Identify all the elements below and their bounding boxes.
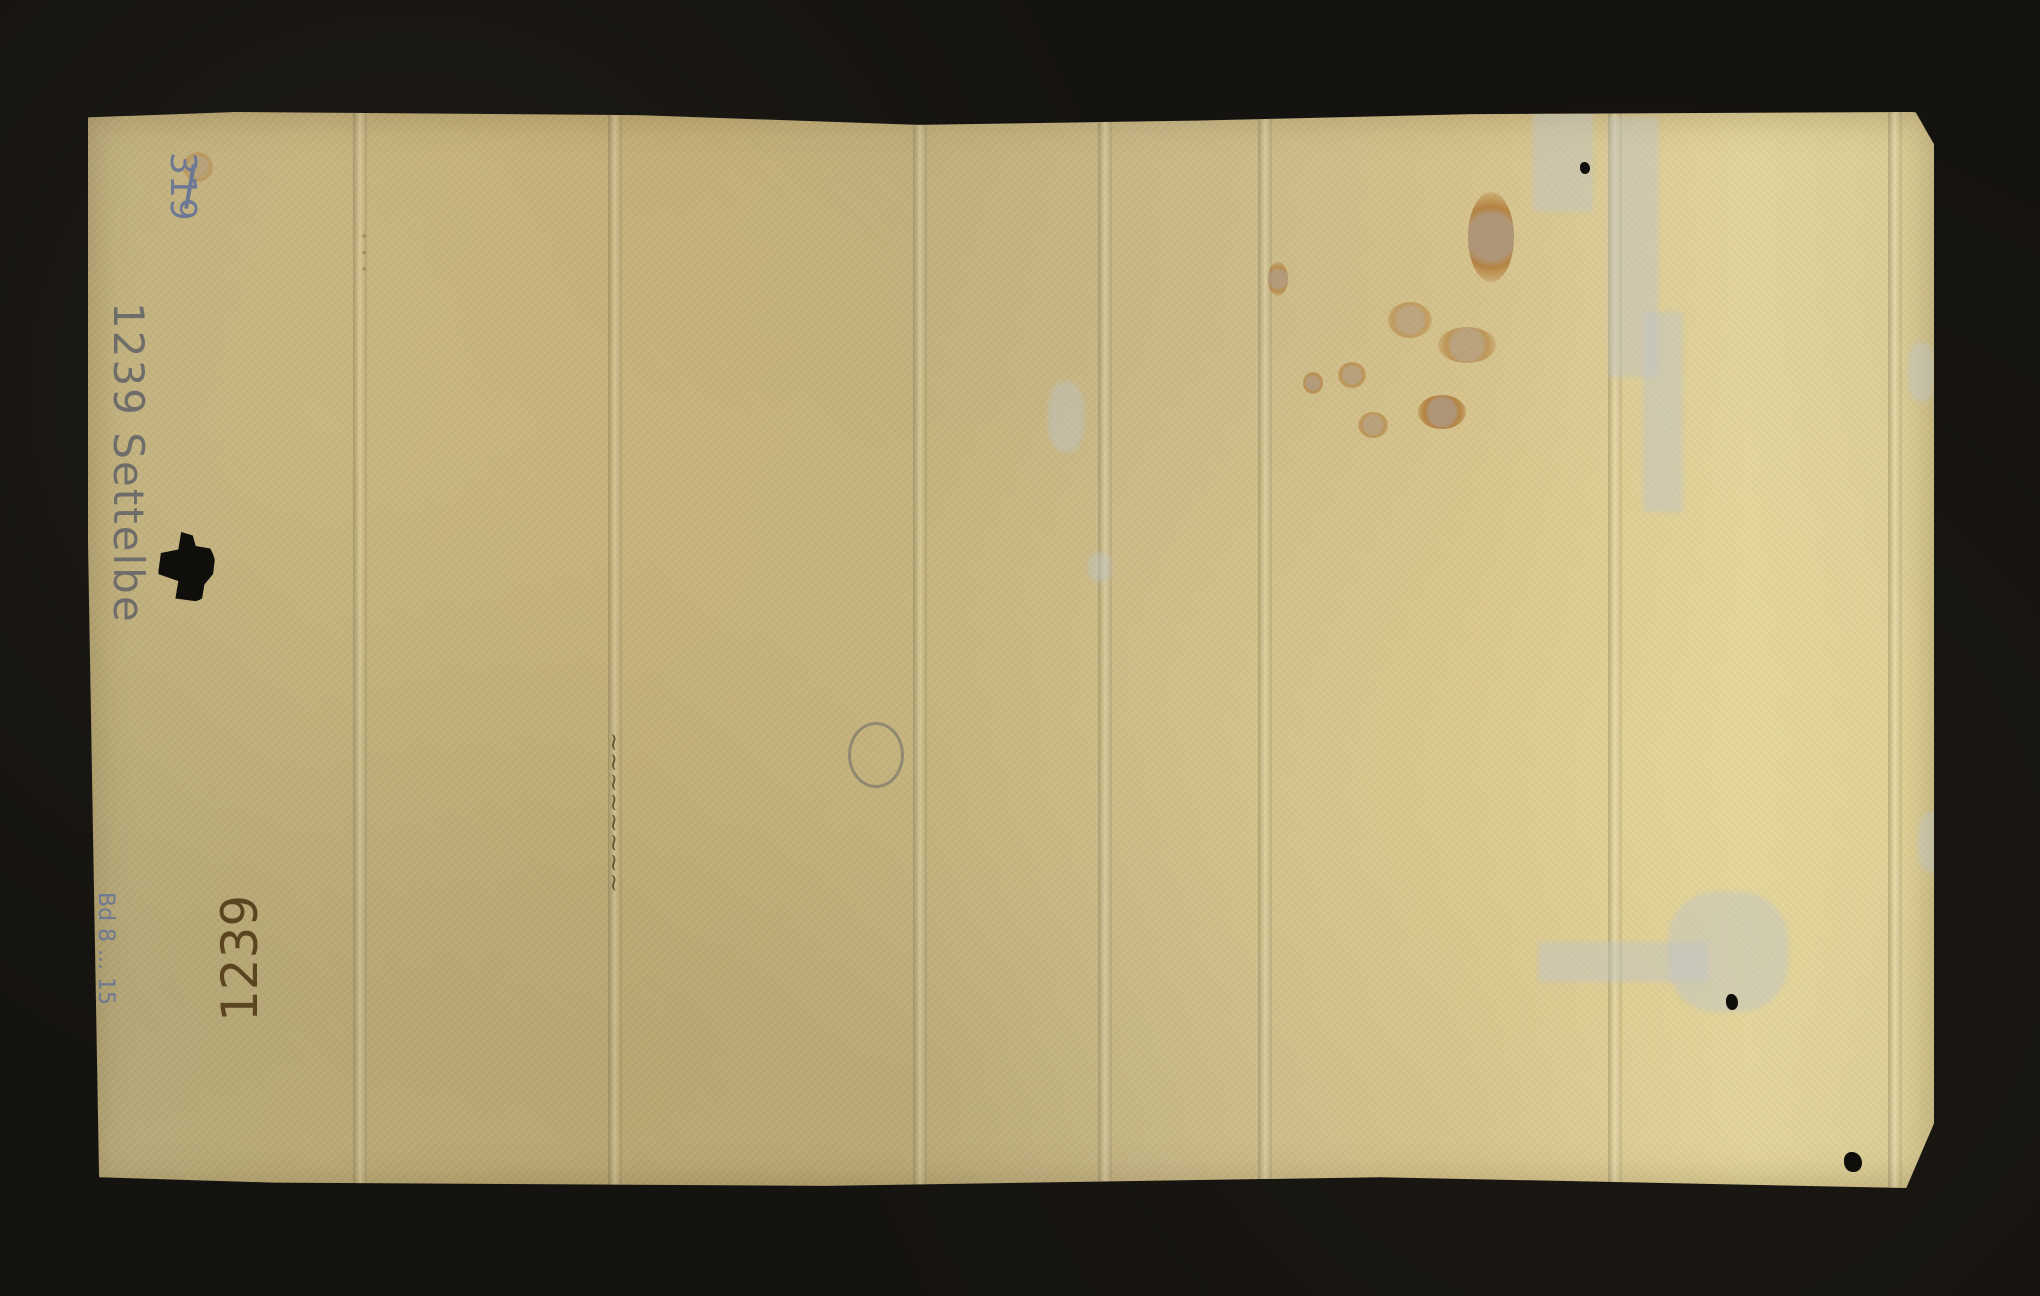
faint-text: · · · <box>348 232 378 273</box>
pencil-circle-mark <box>848 722 904 788</box>
stain <box>1468 192 1514 282</box>
parchment-sheet: 319 1239 Settelbe 1239 Bd 8 ... 15 ~~~~~… <box>88 112 1934 1188</box>
shelfmark-text: 319 <box>162 152 203 221</box>
tape-residue <box>1048 382 1084 452</box>
shelfmark-319: 319 <box>162 152 203 221</box>
tape-residue <box>1908 342 1934 402</box>
photo-stage: 319 1239 Settelbe 1239 Bd 8 ... 15 ~~~~~… <box>0 0 2040 1296</box>
hole <box>1844 1152 1862 1172</box>
stain <box>1268 262 1288 296</box>
tape-residue <box>1538 942 1708 982</box>
small-pencil-note: Bd 8 ... 15 <box>93 892 118 1005</box>
tape-residue <box>1918 812 1944 872</box>
fold-line <box>353 112 367 1188</box>
stain <box>1418 395 1466 429</box>
year-text: 1239 <box>211 895 269 1022</box>
faint-endorsement-left: · · · <box>348 232 378 273</box>
medieval-endorsement: ~~~~~~~~ <box>600 732 628 893</box>
fold-line <box>1888 112 1902 1188</box>
stain <box>1388 302 1432 338</box>
tape-residue <box>1643 312 1683 512</box>
hole <box>1580 162 1590 174</box>
fold-line <box>1098 112 1112 1188</box>
endorsement-text: ~~~~~~~~ <box>600 732 628 893</box>
stain <box>1338 362 1366 388</box>
stain <box>1438 327 1496 363</box>
stain <box>1358 412 1388 438</box>
fold-line <box>913 112 927 1188</box>
small-note-text: Bd 8 ... 15 <box>93 892 118 1005</box>
fold-line <box>608 112 622 1188</box>
tape-residue <box>1088 552 1112 582</box>
year-annotation-ink: 1239 <box>211 895 269 1022</box>
archive-title-text: 1239 Settelbe <box>104 302 153 624</box>
archive-title-annotation: 1239 Settelbe <box>104 302 153 624</box>
hole <box>1726 994 1738 1010</box>
stain <box>1303 372 1323 394</box>
